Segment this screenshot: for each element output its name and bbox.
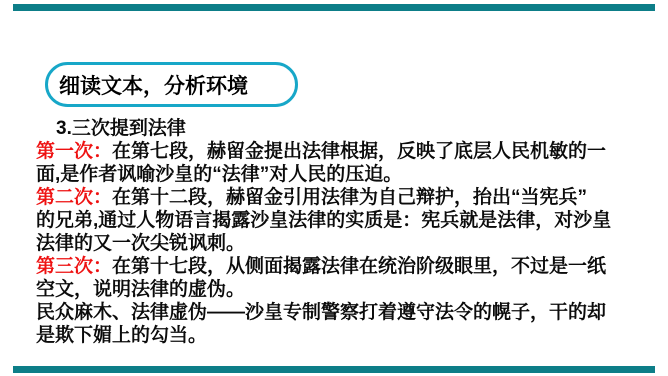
line-text: 法律的又一次尖锐讽刺。 — [36, 233, 245, 254]
line-text: 的兄弟,通过人物语言揭露沙皇法律的实质是：宪兵就是法律，对沙皇 — [36, 210, 611, 231]
line-text: 在第十七段，从侧面揭露法律在统治阶级眼里，不过是一纸 — [112, 256, 606, 277]
body-line: 民众麻木、法律虚伪——沙皇专制警察打着遵守法令的幌子，干的却 — [36, 301, 648, 324]
line-text: 面,是作者讽喻沙皇的“法律”对人民的压迫。 — [36, 164, 402, 185]
line-text: 民众麻木、法律虚伪——沙皇专制警察打着遵守法令的幌子，干的却 — [36, 302, 606, 323]
line-prefix-highlight: 第三次： — [36, 256, 112, 277]
body-line: 第三次：在第十七段，从侧面揭露法律在统治阶级眼里，不过是一纸 — [36, 255, 648, 278]
slide-body: 3.三次提到法律 第一次：在第七段，赫留金提出法律根据，反映了底层人民机敏的一 … — [36, 117, 648, 347]
body-heading: 3.三次提到法律 — [36, 117, 648, 140]
body-line: 第一次：在第七段，赫留金提出法律根据，反映了底层人民机敏的一 — [36, 140, 648, 163]
body-line: 的兄弟,通过人物语言揭露沙皇法律的实质是：宪兵就是法律，对沙皇 — [36, 209, 648, 232]
bottom-accent-bar — [13, 366, 655, 373]
line-text: 空文，说明法律的虚伪。 — [36, 279, 245, 300]
line-prefix-highlight: 第一次： — [36, 141, 112, 162]
body-line: 面,是作者讽喻沙皇的“法律”对人民的压迫。 — [36, 163, 648, 186]
body-line: 空文，说明法律的虚伪。 — [36, 278, 648, 301]
top-accent-bar — [13, 4, 655, 11]
slide-title: 细读文本，分析环境 — [59, 70, 248, 100]
body-line: 是欺下媚上的勾当。 — [36, 324, 648, 347]
slide-title-box: 细读文本，分析环境 — [45, 62, 298, 107]
line-prefix-highlight: 第二次： — [36, 187, 112, 208]
body-line: 法律的又一次尖锐讽刺。 — [36, 232, 648, 255]
line-text: 在第十二段，赫留金引用法律为自己辩护，抬出“当宪兵” — [112, 187, 587, 208]
body-line: 第二次：在第十二段，赫留金引用法律为自己辩护，抬出“当宪兵” — [36, 186, 648, 209]
line-text: 是欺下媚上的勾当。 — [36, 325, 207, 346]
line-text: 在第七段，赫留金提出法律根据，反映了底层人民机敏的一 — [112, 141, 606, 162]
